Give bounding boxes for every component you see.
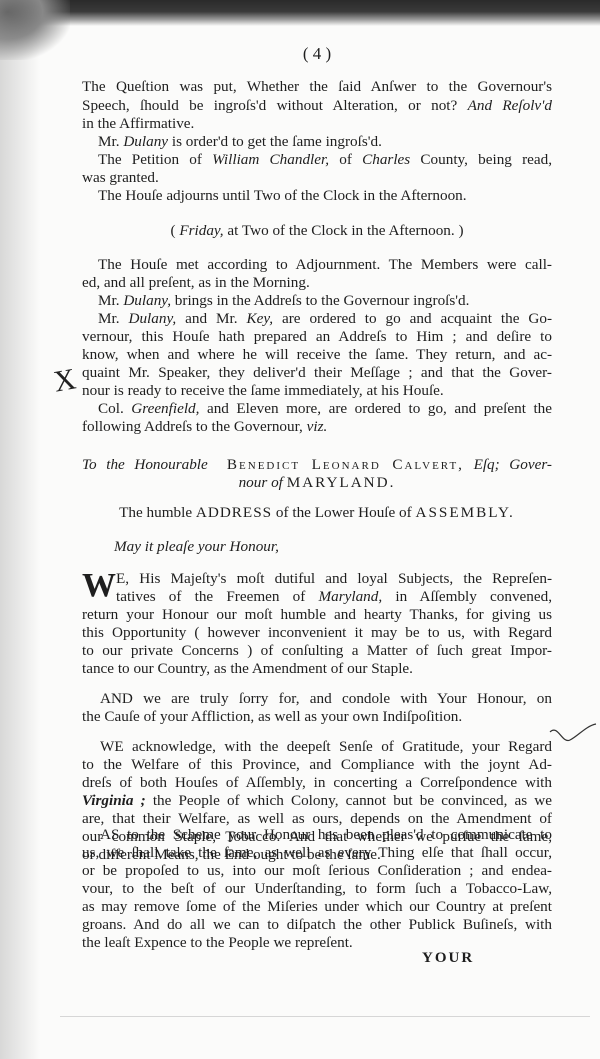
text-line: tance to our Country, as the Amendment o… xyxy=(82,660,552,678)
text-line: Col. Greenfield, and Eleven more, are or… xyxy=(98,400,552,418)
address-province: nour of MARYLAND. xyxy=(82,474,552,492)
scan-left-edge xyxy=(0,0,40,1059)
text-line: know, when and where he will receive the… xyxy=(82,346,552,364)
text-line: the leaſt Expence to the People we repre… xyxy=(82,934,552,952)
address-recipient: To the Honourable Benedict Leonard Calve… xyxy=(82,456,552,474)
text-line: return your Honour our moſt humble and h… xyxy=(82,606,552,624)
session-heading: ( Friday, at Two of the Clock in the Aft… xyxy=(82,222,552,240)
text-line: AS to the Scheme your Honour has been pl… xyxy=(100,826,552,844)
text-line: to the Welfare of this Province, and Com… xyxy=(82,756,552,774)
text-line: as may remove ſome of the Miſeries under… xyxy=(82,898,552,916)
address-title: The humble ADDRESS of the Lower Houſe of… xyxy=(82,504,552,522)
text-line: groans. And do all we can to diſpatch th… xyxy=(82,916,552,934)
text-line: WE acknowledge, with the deepeſt Senſe o… xyxy=(100,738,552,756)
text-line: the Cauſe of your Affliction, as well as… xyxy=(82,708,552,726)
text-line: Mr. Dulany, brings in the Addreſs to the… xyxy=(98,292,568,310)
text-line: The Queſtion was put, Whether the ſaid A… xyxy=(82,78,552,96)
text-line: or be propoſed to us, into our moſt ſeri… xyxy=(82,862,552,880)
catchword: YOUR xyxy=(422,950,474,967)
drop-cap: W xyxy=(82,570,116,602)
scan-artifact-line xyxy=(60,1016,590,1017)
text-line: The Petition of William Chandler, of Cha… xyxy=(98,151,552,169)
text-line: nour is ready to receive the ſame immedi… xyxy=(82,382,552,400)
text-line: dreſs of both Houſes of Aſſembly, in con… xyxy=(82,774,552,792)
text-line: vour, to the beſt of our Underſtanding, … xyxy=(82,880,552,898)
text-line: The Houſe met according to Adjournment. … xyxy=(98,256,552,274)
scan-top-edge xyxy=(0,0,600,26)
text-line: The Houſe adjourns until Two of the Cloc… xyxy=(98,187,568,205)
text-line: AND we are truly ſorry for, and condole … xyxy=(100,690,552,708)
text-line: quaint Mr. Speaker, they deliver'd their… xyxy=(82,364,552,382)
text-line: this Opportunity ( however inconvenient … xyxy=(82,624,552,642)
salutation: May it pleaſe your Honour, xyxy=(114,538,584,556)
text-line: vernour, this Houſe hath prepared an Add… xyxy=(82,328,552,346)
text-line: Mr. Dulany is order'd to get the ſame in… xyxy=(98,133,568,151)
text-line: following Addreſs to the Governour, viz. xyxy=(82,418,552,436)
page-number: ( 4 ) xyxy=(82,44,552,64)
text-line: in the Affirmative. xyxy=(82,115,552,133)
text-line: us, we ſhall take the ſame, as well as e… xyxy=(82,844,552,862)
text-line: Mr. Dulany, and Mr. Key, are ordered to … xyxy=(98,310,552,328)
marginal-pen-mark-icon xyxy=(548,722,598,750)
text-line: Speech, ſhould be ingroſs'd without Alte… xyxy=(82,97,552,115)
text-line: to our private Concerns ) of conſulting … xyxy=(82,642,552,660)
text-line: Virginia ; the People of which Colony, c… xyxy=(82,792,552,810)
text-line: was granted. xyxy=(82,169,552,187)
marginal-x-mark: X xyxy=(51,362,78,399)
text-line: ed, and all preſent, as in the Morning. xyxy=(82,274,552,292)
text-line: E, His Majeſty's moſt dutiful and loyal … xyxy=(116,570,552,588)
text-line: tatives of the Freemen of Maryland, in A… xyxy=(116,588,552,606)
